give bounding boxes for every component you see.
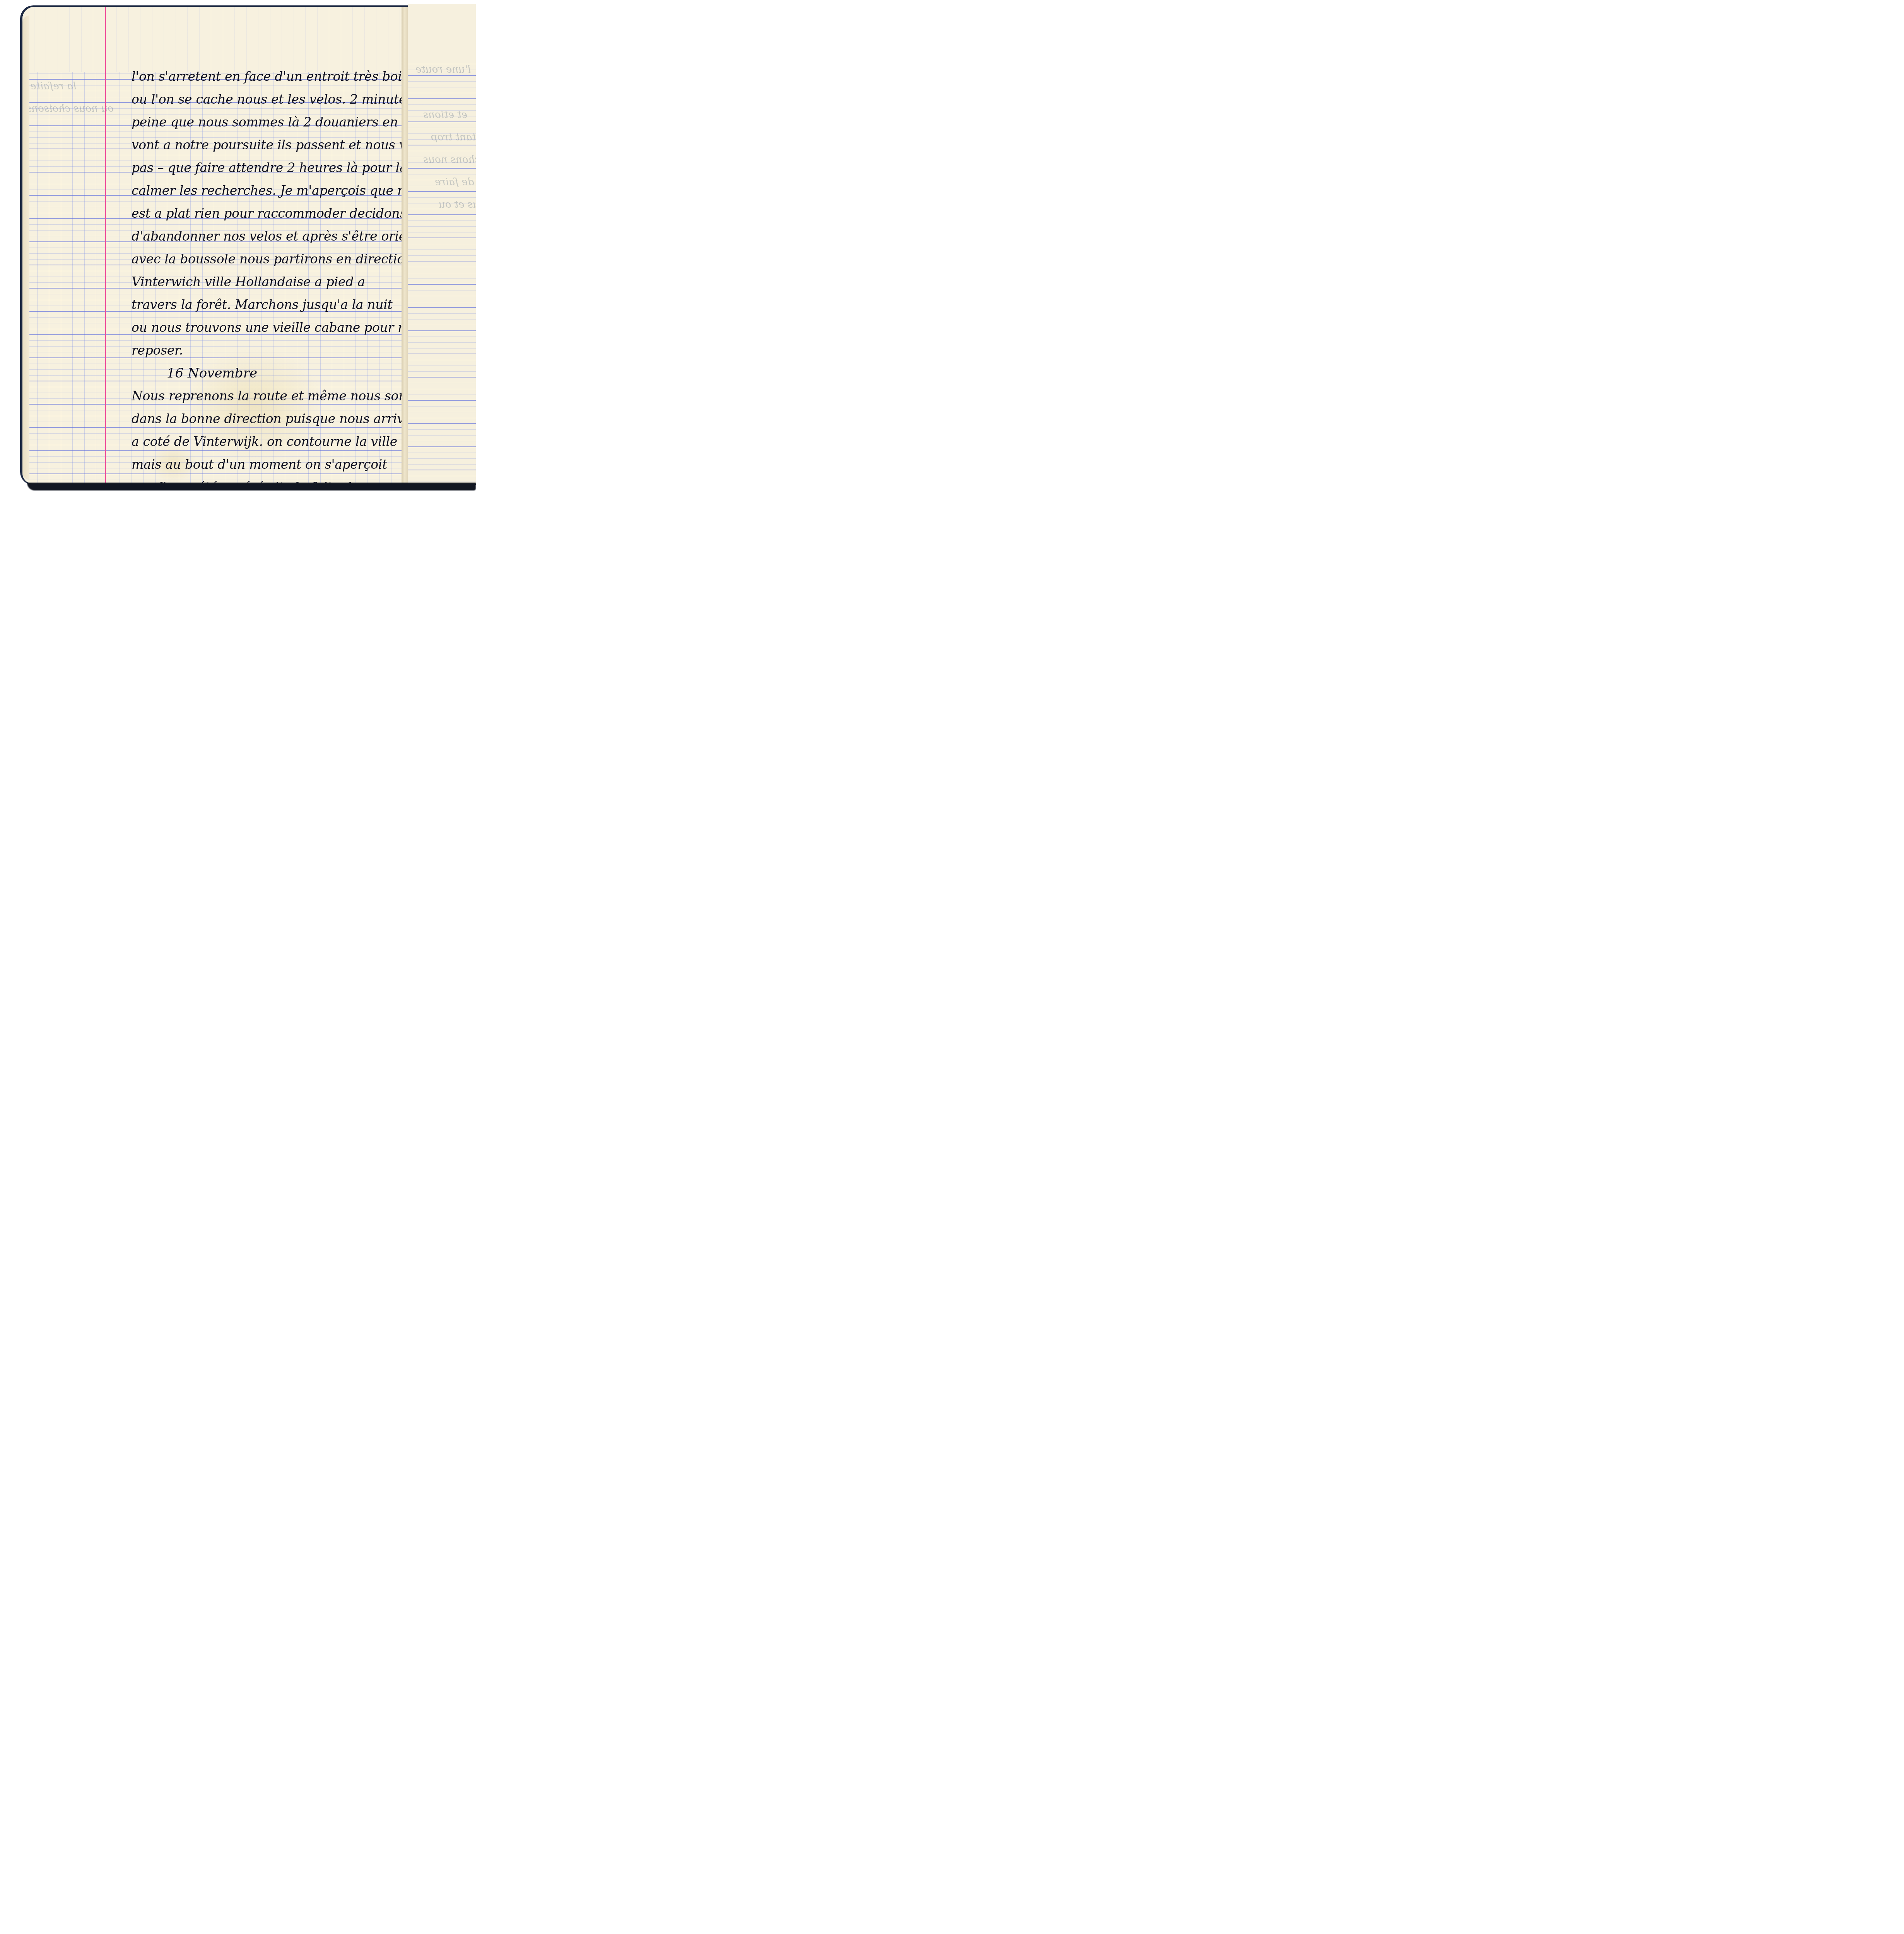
handwritten-line: dans la bonne direction puisque nous arr… xyxy=(132,411,402,426)
handwritten-line: ou l'on se cache nous et les velos. 2 mi… xyxy=(132,92,402,107)
top-margin-area xyxy=(408,4,476,62)
bleed-through-text: et etions xyxy=(423,109,467,121)
handwritten-line: ou nous trouvons une vieille cabane pour… xyxy=(132,320,402,335)
handwritten-line: travers la forêt. Marchons jusqu'a la nu… xyxy=(132,297,392,312)
margin-line xyxy=(105,7,106,483)
handwritten-line: reposer. xyxy=(132,343,183,358)
handwritten-line: d'abandonner nos velos et après s'être o… xyxy=(132,229,402,244)
handwritten-line: calmer les recherches. Je m'aperçois que… xyxy=(132,183,402,198)
handwritten-line: mais au bout d'un moment on s'aperçoit xyxy=(132,457,387,472)
bleed-through-text: nous et ou xyxy=(439,199,476,210)
handwritten-line: Vinterwich ville Hollandaise a pied a xyxy=(132,274,365,289)
bleed-through-text: ou nous choisons xyxy=(26,103,114,114)
left-page: la refaite ou nous choisons l'on s'arret… xyxy=(22,7,402,483)
handwritten-line: Nous reprenons la route et même nous som… xyxy=(132,388,402,403)
bleed-through-text: tant trop xyxy=(431,132,476,143)
right-page: l'une route et etions tant trop marchons… xyxy=(408,4,476,483)
date-heading: 16 Novembre xyxy=(22,366,402,381)
cover-bottom-edge xyxy=(27,483,476,490)
bleed-through-text: marchons nous xyxy=(423,154,476,166)
handwritten-line: vont a notre poursuite ils passent et no… xyxy=(132,137,402,152)
bleed-through-text: de faire xyxy=(435,176,474,188)
gutter xyxy=(402,7,408,483)
top-margin-area xyxy=(22,7,402,72)
bleed-through-text: la refaite xyxy=(30,80,76,92)
handwritten-line: a coté de Vinterwijk. on contourne la vi… xyxy=(132,434,397,449)
handwritten-line: l'on s'arretent en face d'un entroit trè… xyxy=(132,69,402,84)
handwritten-line: peine que nous sommes là 2 douaniers en … xyxy=(132,114,402,130)
page-edge xyxy=(22,15,29,480)
bleed-through-text: l'une route xyxy=(415,64,471,75)
handwritten-line: est a plat rien pour raccommoder decidon… xyxy=(132,206,402,221)
handwritten-line: avec la boussole nous partirons en direc… xyxy=(132,251,402,267)
handwritten-line: pas – que faire attendre 2 heures là pou… xyxy=(132,160,402,175)
